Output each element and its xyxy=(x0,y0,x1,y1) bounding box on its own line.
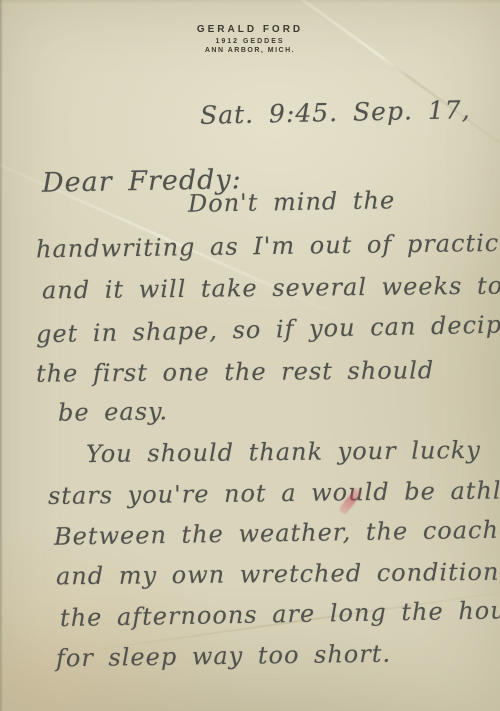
handwritten-line: the afternoons are long the hours xyxy=(60,596,500,632)
handwritten-line: Don't mind the xyxy=(188,186,396,218)
letterhead-name: GERALD FORD xyxy=(0,24,500,35)
handwritten-line: be easy. xyxy=(58,397,168,427)
letterhead-city: ANN ARBOR, MICH. xyxy=(0,47,500,54)
letterhead: GERALD FORD 1912 GEDDES ANN ARBOR, MICH. xyxy=(0,24,500,54)
handwritten-line: get in shape, so if you can decipher xyxy=(36,310,500,349)
handwritten-line: Between the weather, the coaches xyxy=(54,515,500,550)
handwritten-line: You should thank your lucky xyxy=(86,436,481,468)
handwritten-line: the first one the rest should xyxy=(36,356,434,387)
handwritten-line: and my own wretched condition, xyxy=(56,558,500,591)
handwritten-line: for sleep way too short. xyxy=(56,640,391,673)
handwritten-line: stars you're not a would be athlete xyxy=(48,476,500,510)
handwritten-line: and it will take several weeks to xyxy=(42,272,500,305)
handwritten-line: handwriting as I'm out of practice xyxy=(36,229,500,264)
letter-page: GERALD FORD 1912 GEDDES ANN ARBOR, MICH.… xyxy=(0,0,500,711)
date-line: Sat. 9:45. Sep. 17, xyxy=(200,95,471,130)
letterhead-address: 1912 GEDDES xyxy=(0,38,500,45)
